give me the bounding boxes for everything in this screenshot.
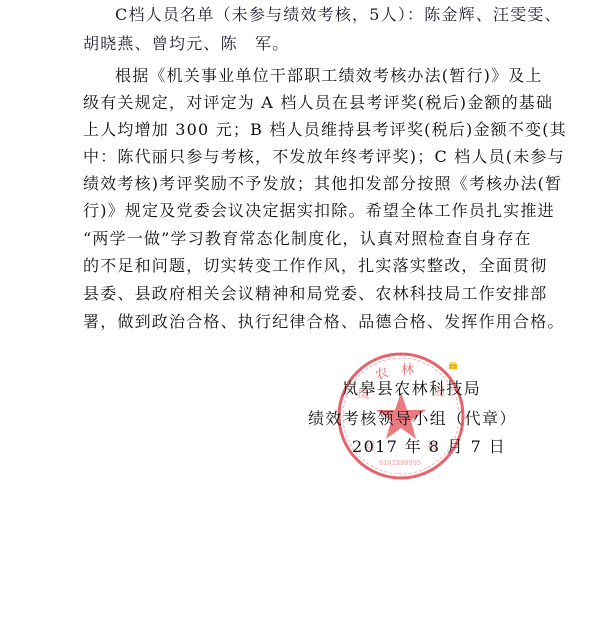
lock-icon xyxy=(449,362,457,369)
signature-group: 绩效考核领导小组（代章） xyxy=(308,409,517,429)
paragraph-2-line-5: 绩效考核)考评奖励不予发放；其他扣发部分按照《考核办法(暂 xyxy=(83,174,523,194)
paragraph-2-line-10: 署，做到政治合格、执行纪律合格、品德合格、发挥作用合格。 xyxy=(83,312,523,332)
paragraph-2-line-8: 的不足和问题，切实转变工作作风，扎实落实整改，全面贯彻 xyxy=(83,256,523,276)
paragraph-2-line-1: 根据《机关事业单位干部职工绩效考核办法(暂行)》及上 xyxy=(115,66,523,86)
paragraph-2-line-7: “两学一做”学习教育常态化制度化，认真对照检查自身存在 xyxy=(83,229,523,249)
stamp-text-2: 林 xyxy=(401,362,414,378)
signature-organization: 岚皋县农林科技局 xyxy=(342,379,481,399)
paragraph-1-line-2: 胡晓燕、曾均元、陈 军。 xyxy=(83,34,523,54)
paragraph-2-line-6: 行)》规定及党委会议决定据实扣除。希望全体工作员扎实推进 xyxy=(83,201,523,221)
document-page: C档人员名单（未参与绩效考核，5人）：陈金辉、汪雯雯、 胡晓燕、曾均元、陈 军。… xyxy=(0,0,591,643)
signature-date: 2017 年 8 月 7 日 xyxy=(352,437,506,457)
paragraph-2-line-2: 级有关规定，对评定为 A 档人员在县考评奖(税后)金额的基础 xyxy=(83,93,523,113)
paragraph-1-line-1: C档人员名单（未参与绩效考核，5人）：陈金辉、汪雯雯、 xyxy=(115,5,523,25)
svg-text:6102300995: 6102300995 xyxy=(379,459,421,467)
paragraph-2-line-4: 中：陈代丽只参与考核，不发放年终考评奖)；C 档人员(未参与 xyxy=(83,147,523,167)
paragraph-2-line-3: 上人均增加 300 元；B 档人员维持县考评奖(税后)金额不变(其 xyxy=(83,120,523,140)
paragraph-2-line-9: 县委、县政府相关会议精神和局党委、农林科技局工作安排部 xyxy=(83,284,523,304)
